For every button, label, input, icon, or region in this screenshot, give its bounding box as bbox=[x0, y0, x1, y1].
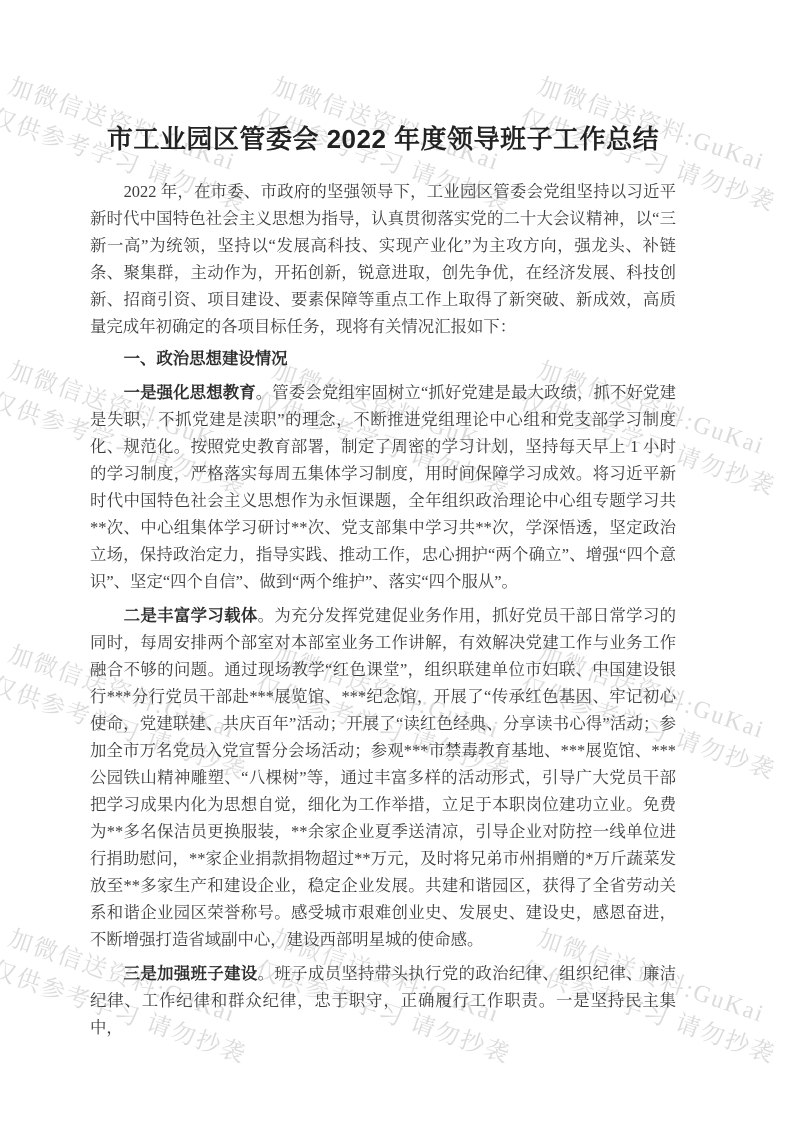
paragraph-point1: 一是强化思想教育。管委会党组牢固树立“抓好党建是最大政绩，抓不好党建是失职，不抓… bbox=[90, 379, 676, 595]
paragraph-point1-text: 。管委会党组牢固树立“抓好党建是最大政绩，抓不好党建是失职，不抓党建是渎职”的理… bbox=[90, 383, 676, 591]
section1-heading: 一、政治思想建设情况 bbox=[90, 345, 676, 372]
document-content: 市工业园区管委会 2022 年度领导班子工作总结 2022 年，在市委、市政府的… bbox=[90, 0, 676, 1041]
paragraph-point3-lead: 三是加强班子建设 bbox=[124, 964, 258, 983]
paragraph-point2-text: 。为充分发挥党建促业务作用，抓好党员干部日常学习的同时，每周安排两个部室对本部室… bbox=[90, 606, 676, 949]
document-page: 加微信送资料:GuKai仅供参考学习 请勿抄袭加微信送资料:GuKai仅供参考学… bbox=[0, 0, 793, 1122]
paragraph-point1-lead: 一是强化思想教育 bbox=[124, 383, 256, 402]
paragraph-intro-text: 2022 年，在市委、市政府的坚强领导下，工业园区管委会党组坚持以习近平新时代中… bbox=[90, 182, 676, 336]
document-title: 市工业园区管委会 2022 年度领导班子工作总结 bbox=[90, 122, 676, 156]
paragraph-intro: 2022 年，在市委、市政府的坚强领导下，工业园区管委会党组坚持以习近平新时代中… bbox=[90, 178, 676, 340]
paragraph-point2: 二是丰富学习载体。为充分发挥党建促业务作用，抓好党员干部日常学习的同时，每周安排… bbox=[90, 602, 676, 953]
paragraph-point3: 三是加强班子建设。班子成员坚持带头执行党的政治纪律、组织纪律、廉洁纪律、工作纪律… bbox=[90, 960, 676, 1041]
paragraph-point2-lead: 二是丰富学习载体 bbox=[124, 606, 258, 625]
